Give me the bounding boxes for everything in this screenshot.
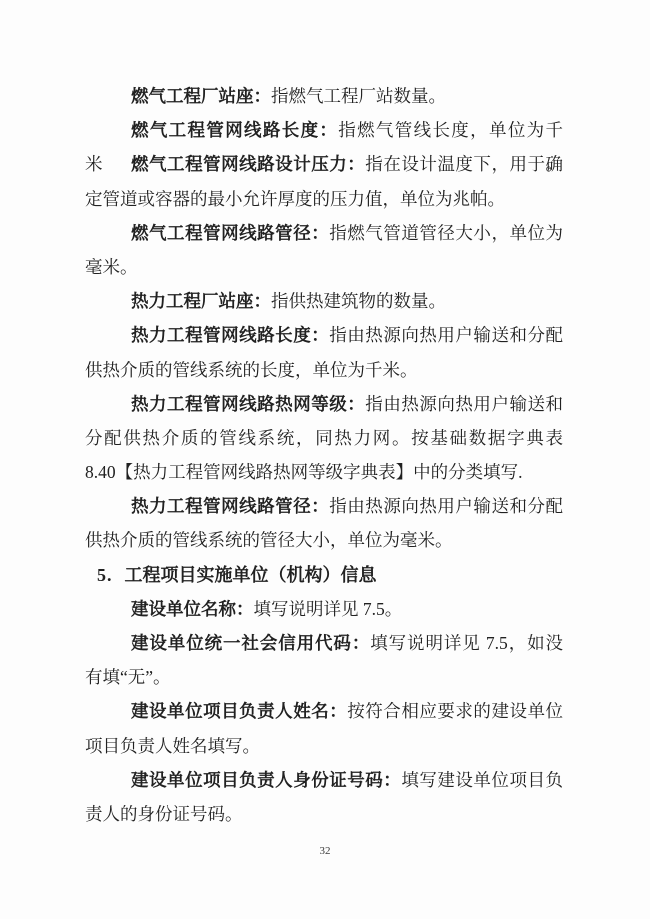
definition-line: 燃气工程管网线路设计压力：指在设计温度下，用于确 <box>85 147 563 181</box>
definition-text: 指供热建筑物的数量。 <box>271 291 446 311</box>
continuation-line: 责人的身份证号码。 <box>85 797 563 831</box>
page-number: 32 <box>0 845 650 857</box>
section-heading-title: 工程项目实施单位（机构）信息 <box>125 565 377 585</box>
definition-text: 定管道或容器的最小允许厚度的压力值，单位为兆帕。 <box>85 189 505 209</box>
document-page: 燃气工程厂站座：指燃气工程厂站数量。燃气工程管网线路长度：指燃气管线长度，单位为… <box>0 0 650 919</box>
term-label: 燃气工程管网线路管径： <box>131 223 329 243</box>
definition-text: 指由热源向热用户输送和 <box>365 394 563 414</box>
definition-line: 热力工程管网线路热网等级：指由热源向热用户输送和 <box>85 387 563 421</box>
definition-text: 毫米。 <box>85 257 138 277</box>
term-label: 燃气工程管网线路设计压力： <box>131 154 365 174</box>
definition-text: 项目负责人姓名填写。 <box>85 736 260 756</box>
definition-line: 建设单位统一社会信用代码：填写说明详见 7.5，如没 <box>85 626 563 660</box>
term-label: 燃气工程管网线路长度： <box>131 120 338 140</box>
document-text-block: 燃气工程厂站座：指燃气工程厂站数量。燃气工程管网线路长度：指燃气管线长度，单位为… <box>85 79 563 831</box>
definition-text: 指由热源向热用户输送和分配 <box>329 496 563 516</box>
definition-text: 按符合相应要求的建设单位 <box>347 701 563 721</box>
definition-text: 指燃气工程厂站数量。 <box>271 86 446 106</box>
continuation-line: 有填“无”。 <box>85 660 563 694</box>
term-label: 建设单位项目负责人姓名： <box>131 701 347 721</box>
definition-text: 分配供热介质的管线系统，同热力网。按基础数据字典表 <box>85 428 563 448</box>
definition-text: 有填“无”。 <box>85 667 171 687</box>
continuation-line: 供热介质的管线系统的管径大小，单位为毫米。 <box>85 523 563 557</box>
definition-line: 燃气工程管网线路管径：指燃气管道管径大小，单位为 <box>85 216 563 250</box>
definition-text: 填写建设单位项目负 <box>401 770 563 790</box>
definition-line: 建设单位项目负责人身份证号码：填写建设单位项目负 <box>85 763 563 797</box>
term-label: 热力工程厂站座： <box>131 291 271 311</box>
definition-text: 8.40【热力工程管网线路热网等级字典表】中的分类填写. <box>85 462 523 482</box>
continuation-line: 8.40【热力工程管网线路热网等级字典表】中的分类填写. <box>85 455 563 489</box>
definition-line: 燃气工程厂站座：指燃气工程厂站数量。 <box>85 79 563 113</box>
definition-line: 建设单位项目负责人姓名：按符合相应要求的建设单位 <box>85 694 563 728</box>
definition-line: 建设单位名称：填写说明详见 7.5。 <box>85 592 563 626</box>
definition-text: 指由热源向热用户输送和分配 <box>329 325 563 345</box>
continuation-line: 毫米。 <box>85 250 563 284</box>
term-label: 建设单位名称： <box>131 599 254 619</box>
term-label: 热力工程管网线路长度： <box>131 325 329 345</box>
section-heading-number: 5. <box>97 565 113 585</box>
term-label: 燃气工程厂站座： <box>131 86 271 106</box>
continuation-line: 分配供热介质的管线系统，同热力网。按基础数据字典表 <box>85 421 563 455</box>
definition-line: 热力工程管网线路管径：指由热源向热用户输送和分配 <box>85 489 563 523</box>
definition-text: 填写说明详见 7.5，如没 <box>370 633 563 653</box>
term-label: 热力工程管网线路管径： <box>131 496 329 516</box>
definition-text: 指燃气管道管径大小，单位为 <box>329 223 563 243</box>
definition-text: 责人的身份证号码。 <box>85 804 243 824</box>
term-label: 建设单位项目负责人身份证号码： <box>131 770 401 790</box>
continuation-line: 项目负责人姓名填写。 <box>85 729 563 763</box>
continuation-line: 定管道或容器的最小允许厚度的压力值，单位为兆帕。 <box>85 182 563 216</box>
definition-line: 热力工程厂站座：指供热建筑物的数量。 <box>85 284 563 318</box>
term-label: 建设单位统一社会信用代码： <box>131 633 370 653</box>
definition-line: 热力工程管网线路长度：指由热源向热用户输送和分配 <box>85 318 563 352</box>
definition-text: 供热介质的管线系统的管径大小，单位为毫米。 <box>85 530 453 550</box>
continuation-line: 供热介质的管线系统的长度，单位为千米。 <box>85 353 563 387</box>
definition-text: 供热介质的管线系统的长度，单位为千米。 <box>85 360 418 380</box>
term-label: 热力工程管网线路热网等级： <box>131 394 365 414</box>
definition-line: 燃气工程管网线路长度：指燃气管线长度，单位为千米。 <box>85 113 563 147</box>
section-heading: 5.工程项目实施单位（机构）信息 <box>85 558 563 592</box>
definition-text: 指在设计温度下，用于确 <box>365 154 563 174</box>
definition-text: 填写说明详见 7.5。 <box>254 599 403 619</box>
